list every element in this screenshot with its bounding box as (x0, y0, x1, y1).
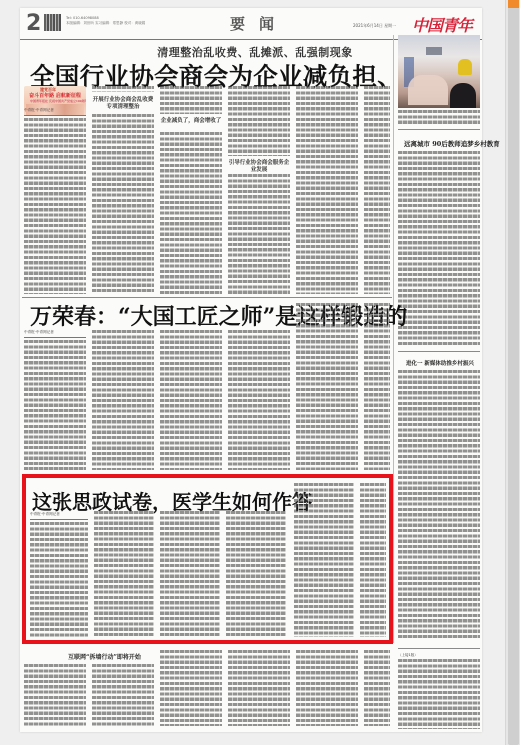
lead-text-col-3a (160, 86, 222, 114)
lead-subhead-3: 引导行业协会商会服务企业发展 (228, 160, 290, 174)
bottom-text-col-1 (24, 664, 86, 726)
second-text-col-4 (228, 330, 290, 470)
scrollbar-thumb[interactable] (508, 0, 519, 745)
page-number: 2 (26, 12, 41, 36)
side-article-3-text (398, 659, 480, 729)
header-meta: Tel: 010-64098088 本版编辑：刘世昕 实习编辑：郑思静 校对：黄… (66, 16, 145, 26)
divider (22, 297, 392, 298)
bottom-headline[interactable]: 互联网“拆墙行动”即将开始 (68, 652, 141, 661)
document-viewport: 2 Tel: 010-64098088 本版编辑：刘世昕 实习编辑：郑思静 校对… (0, 0, 505, 745)
vertical-scrollbar[interactable] (505, 0, 520, 745)
lead-byline: 中青报·中青网记者 (24, 108, 86, 116)
highlighted-text-col-1 (30, 522, 88, 637)
side-article-2-headline[interactable]: 进化一 新媒体助推乡村振兴 (406, 359, 474, 367)
bottom-text-col-2 (92, 664, 154, 726)
header-meta-line: 本版编辑：刘世昕 实习编辑：郑思静 校对：黄晓娟 (66, 21, 145, 26)
second-text-col-5 (296, 303, 358, 470)
side-article-1-headline[interactable]: 远离城市 90后教师追梦乡村教育 (404, 139, 500, 148)
newspaper-page: 2 Tel: 010-64098088 本版编辑：刘世昕 实习编辑：郑思静 校对… (20, 8, 482, 732)
issue-date: 2021年6月14日 星期一 (353, 23, 396, 29)
lead-text-col-2a (92, 86, 154, 92)
divider (398, 648, 480, 649)
bottom-text-col-6 (364, 650, 390, 726)
qr-code-icon (44, 14, 61, 31)
lead-text-col-5 (296, 86, 358, 294)
bottom-text-col-3 (160, 650, 222, 726)
lead-text-col-4a (228, 86, 290, 156)
lead-text-col-2b (92, 114, 154, 294)
highlighted-text-col-2 (94, 511, 154, 637)
lead-text-col-1 (24, 118, 86, 294)
lead-subhead-1: 开展行业协会商会乱收费专项清理整治 (92, 97, 154, 111)
lead-text-col-4b (228, 174, 290, 294)
promo-sub: 中国青年报社 庆祝中国共产党成立100周年 (30, 99, 80, 103)
divider (398, 351, 480, 352)
bottom-text-col-5 (296, 650, 358, 726)
side-article-1-text (398, 151, 480, 346)
lead-subhead-2: 企业减负了，商会增收了 (160, 118, 222, 125)
second-text-col-6 (364, 303, 390, 470)
lead-text-col-6 (364, 86, 390, 294)
side-article-2-text (398, 370, 480, 640)
news-photo[interactable] (398, 35, 480, 108)
highlighted-text-col-3 (160, 511, 220, 637)
bottom-text-col-4 (228, 650, 290, 726)
lead-text-col-3b (160, 132, 222, 294)
column-divider (393, 35, 394, 643)
section-title: 要闻 (230, 13, 288, 34)
highlighted-text-col-6 (360, 483, 386, 637)
second-text-col-3 (160, 330, 222, 470)
highlighted-text-col-5 (294, 483, 354, 637)
second-text-col-1 (24, 340, 86, 470)
side-article-3-dateline: （上接1版） (398, 653, 418, 658)
promo-title: 奋斗百年路 启航新征程 (27, 92, 83, 99)
highlighted-text-col-4 (226, 511, 286, 637)
highlighted-byline: 中青报·中青网记者 (30, 512, 88, 520)
photo-caption (398, 110, 480, 124)
divider (398, 129, 480, 130)
scrollbar-top-indicator (508, 0, 519, 8)
second-byline: 中青报·中青网记者 (24, 330, 86, 338)
second-text-col-2 (92, 330, 154, 470)
